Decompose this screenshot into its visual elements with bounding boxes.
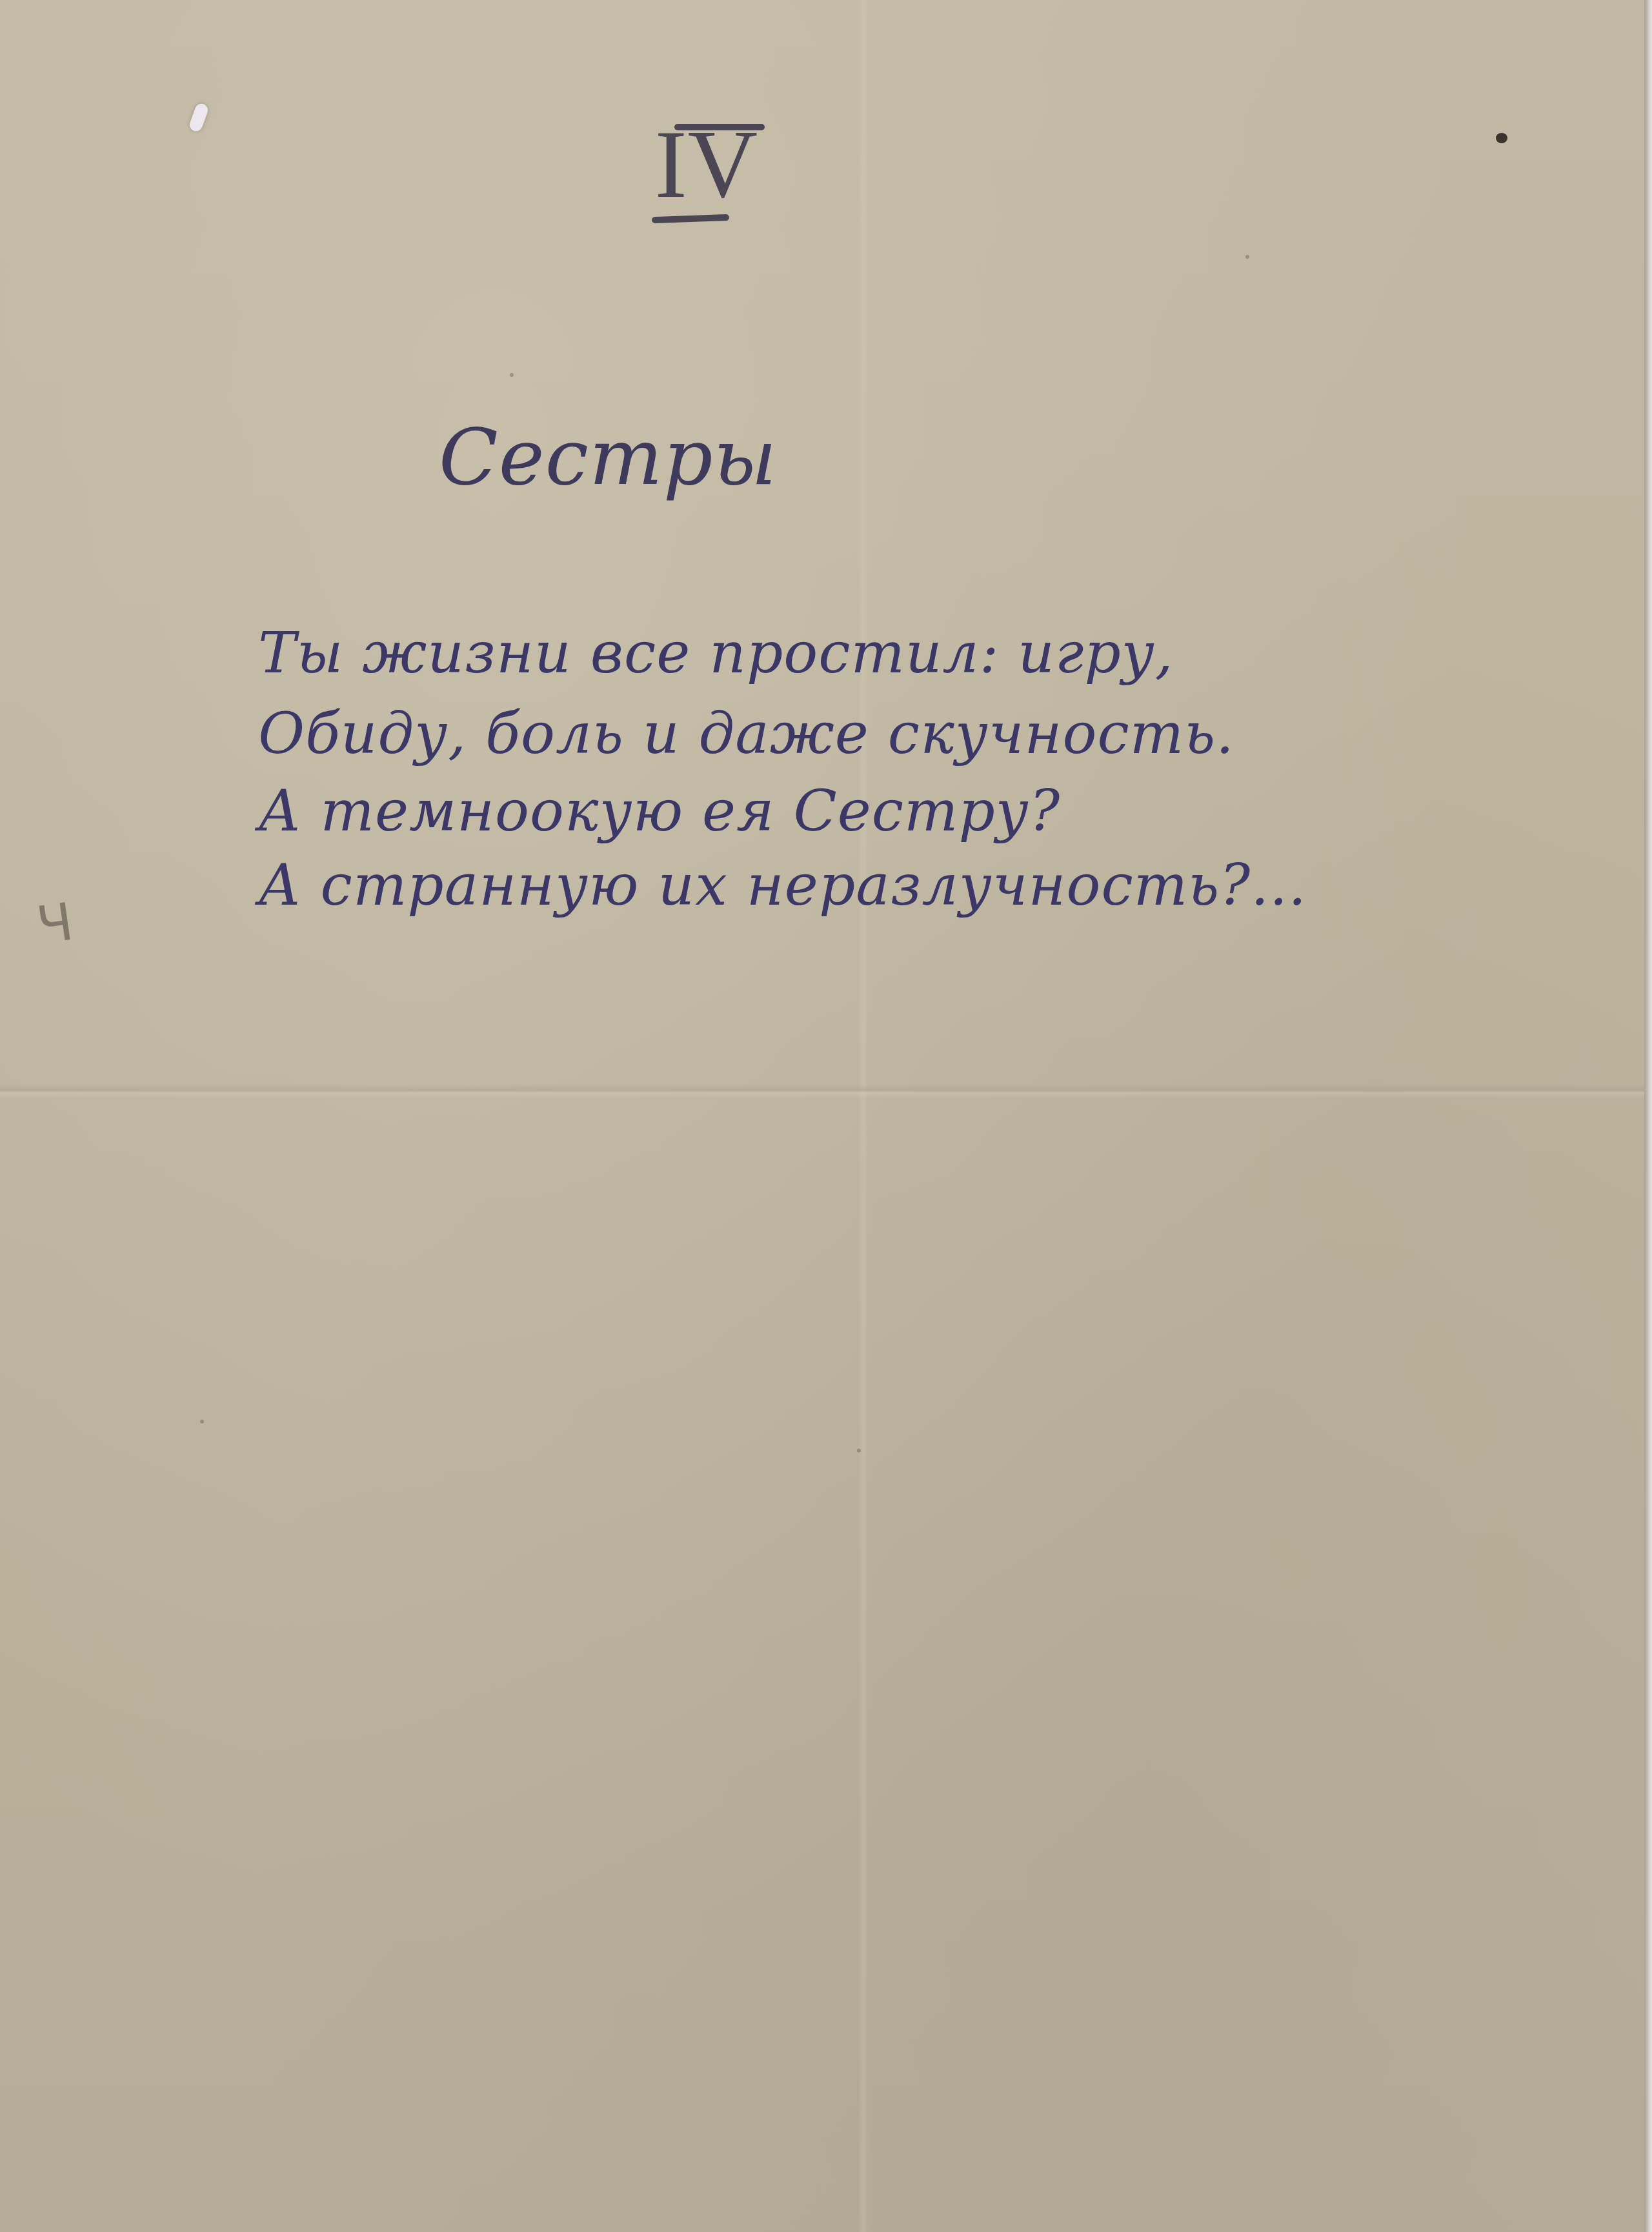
pencil-margin-mark: Ч [34, 892, 77, 956]
page-right-edge [1644, 0, 1652, 2232]
section-numeral: IV [652, 116, 761, 213]
ink-dot-mark [1496, 133, 1507, 143]
paper-speck [1245, 255, 1249, 259]
paper-speck [200, 1420, 204, 1423]
manuscript-page: IV Сестры Ты жизни все простил: игру, Об… [0, 0, 1644, 2232]
paper-speck [857, 1449, 861, 1453]
poem-line: А странную их неразлучность?... [258, 852, 1307, 918]
poem-line: Обиду, боль и даже скучность. [258, 700, 1234, 767]
poem-title: Сестры [439, 413, 777, 503]
paper-speck [510, 373, 514, 377]
paper-hole-mark [188, 102, 210, 133]
horizontal-fold-crease [0, 1084, 1644, 1098]
vertical-fold-crease [858, 0, 869, 2232]
poem-line: Ты жизни все простил: игру, [258, 619, 1174, 686]
poem-line: А темноокую ея Сестру? [258, 778, 1060, 844]
